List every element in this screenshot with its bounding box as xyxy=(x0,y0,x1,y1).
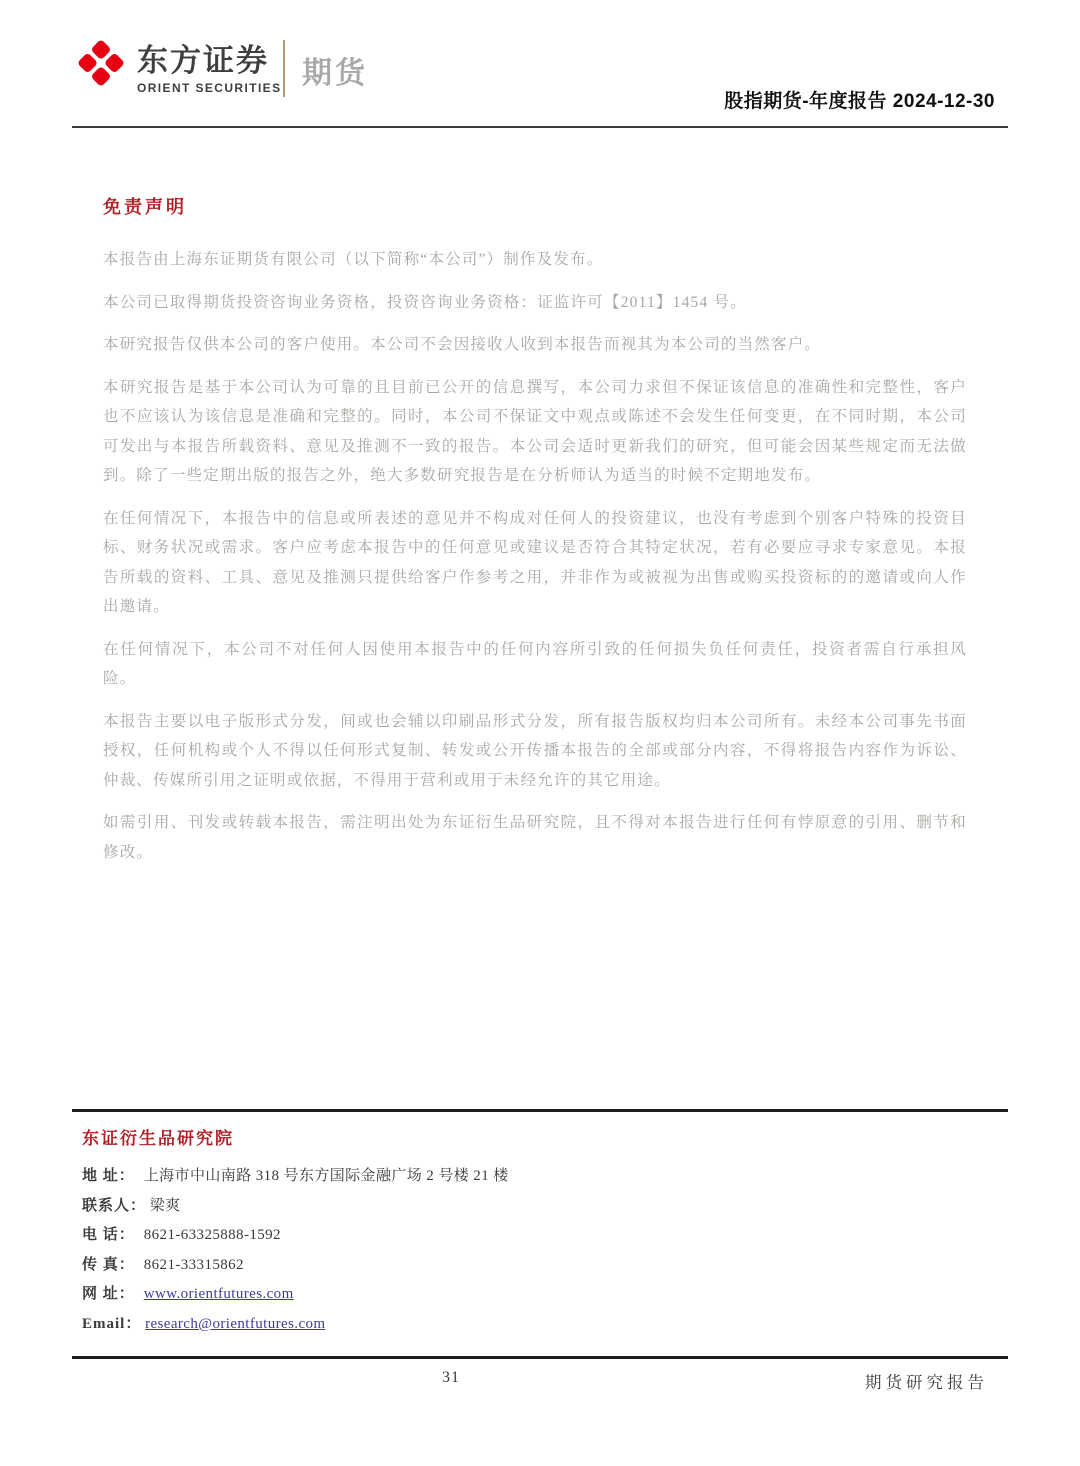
logo-divider xyxy=(283,40,285,97)
contact-row-phone: 电 话： 8621-63325888-1592 xyxy=(82,1221,782,1251)
disclaimer-paragraph: 本公司已取得期货投资咨询业务资格，投资咨询业务资格：证监许可【2011】1454… xyxy=(103,288,967,318)
logo-name-en: ORIENT SECURITIES xyxy=(137,81,297,95)
page-number: 31 xyxy=(442,1369,460,1387)
contact-row-website: 网 址： www.orientfutures.com xyxy=(82,1280,782,1310)
disclaimer-paragraph: 本研究报告仅供本公司的客户使用。本公司不会因接收人收到本报告而视其为本公司的当然… xyxy=(103,330,967,360)
orient-securities-logo-icon xyxy=(76,38,126,88)
footer-report-type-label: 期货研究报告 xyxy=(865,1369,988,1393)
website-link[interactable]: www.orientfutures.com xyxy=(144,1286,294,1302)
disclaimer-paragraph: 本报告由上海东证期货有限公司（以下简称“本公司”）制作及发布。 xyxy=(103,245,967,275)
contact-label: 传 真： xyxy=(82,1251,140,1281)
disclaimer-paragraph: 在任何情况下，本公司不对任何人因使用本报告中的任何内容所引致的任何损失负任何责任… xyxy=(103,635,967,694)
disclaimer-paragraph: 如需引用、刊发或转载本报告，需注明出处为东证衍生品研究院，且不得对本报告进行任何… xyxy=(103,808,967,867)
institute-heading: 东证衍生品研究院 xyxy=(82,1124,234,1149)
contact-value: 8621-33315862 xyxy=(144,1257,244,1273)
disclaimer-paragraph: 在任何情况下，本报告中的信息或所表述的意见并不构成对任何人的投资建议，也没有考虑… xyxy=(103,504,967,622)
disclaimer-body: 本报告由上海东证期货有限公司（以下简称“本公司”）制作及发布。 本公司已取得期货… xyxy=(103,245,967,880)
contact-label: 地 址： xyxy=(82,1162,140,1192)
contact-row-address: 地 址： 上海市中山南路 318 号东方国际金融广场 2 号楼 21 楼 xyxy=(82,1162,782,1192)
report-page: 东方证券 ORIENT SECURITIES 期货 股指期货-年度报告 2024… xyxy=(0,0,1080,1466)
contact-row-fax: 传 真： 8621-33315862 xyxy=(82,1251,782,1281)
contact-row-person: 联系人： 梁爽 xyxy=(82,1192,782,1222)
disclaimer-paragraph: 本报告主要以电子版形式分发，间或也会辅以印刷品形式分发，所有报告版权均归本公司所… xyxy=(103,707,967,796)
contact-value: 8621-63325888-1592 xyxy=(144,1227,281,1243)
contact-value: 上海市中山南路 318 号东方国际金融广场 2 号楼 21 楼 xyxy=(144,1168,509,1184)
logo-text: 东方证券 ORIENT SECURITIES xyxy=(137,44,297,95)
contact-value: 梁爽 xyxy=(150,1198,181,1214)
contact-label: 电 话： xyxy=(82,1221,140,1251)
contact-label: 联系人： xyxy=(82,1192,146,1222)
disclaimer-heading: 免责声明 xyxy=(103,193,187,219)
header-rule xyxy=(72,126,1008,128)
email-link[interactable]: research@orientfutures.com xyxy=(145,1316,325,1332)
contact-label: Email： xyxy=(82,1310,141,1340)
contact-row-email: Email： research@orientfutures.com xyxy=(82,1310,782,1340)
contact-label: 网 址： xyxy=(82,1280,140,1310)
institute-contact-list: 地 址： 上海市中山南路 318 号东方国际金融广场 2 号楼 21 楼 联系人… xyxy=(82,1162,782,1339)
logo-name-cn: 东方证券 xyxy=(137,44,297,78)
institute-rule xyxy=(72,1109,1008,1112)
division-label: 期货 xyxy=(302,48,368,92)
disclaimer-paragraph: 本研究报告是基于本公司认为可靠的且目前已公开的信息撰写，本公司力求但不保证该信息… xyxy=(103,373,967,491)
report-title: 股指期货-年度报告 2024-12-30 xyxy=(724,86,995,113)
footer-rule xyxy=(72,1356,1008,1359)
